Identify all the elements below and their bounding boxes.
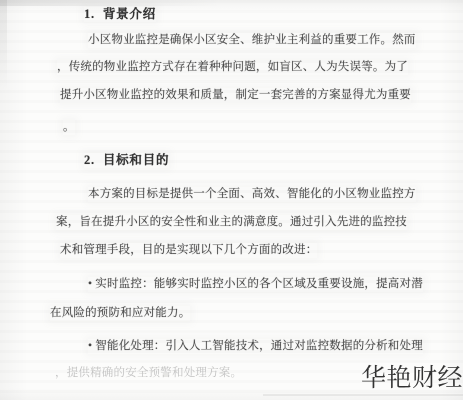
section-2-heading: 2. 目标和目的 bbox=[84, 153, 169, 168]
paragraph-1-line-3: 提升小区物业监控的效果和质量，制定一套完善的方案显得尤为重要 bbox=[60, 88, 411, 103]
paragraph-2-line-2: 案，旨在提升小区的安全性和业主的满意度。通过引入先进的监控技 bbox=[56, 215, 407, 230]
paragraph-1-line-2: ，传统的物业监控方式存在着种种问题，如盲区、人为失误等。为了 bbox=[57, 60, 408, 75]
paragraph-2-line-1: 本方案的目标是提供一个全面、高效、智能化的小区物业监控方 bbox=[88, 187, 416, 202]
watermark-text: 华艳财经 bbox=[361, 363, 463, 393]
bullet-2-line-2-faded: ，提供精确的安全预警和处理方案。 bbox=[55, 366, 242, 381]
paragraph-1-line-4: 。 bbox=[63, 120, 75, 135]
paragraph-1-line-1: 小区物业监控是确保小区安全、维护业主利益的重要工作。然而 bbox=[88, 33, 416, 48]
bullet-2-line-1: • 智能化处理：引入人工智能技术，通过对监控数据的分析和处理 bbox=[88, 339, 423, 354]
bullet-1-line-2: 在风险的预防和应对能力。 bbox=[50, 306, 190, 321]
document-page: 1. 背景介绍 小区物业监控是确保小区安全、维护业主利益的重要工作。然而 ，传统… bbox=[0, 0, 463, 400]
scan-artifact-bottom bbox=[263, 394, 463, 396]
scan-artifact-top bbox=[0, 0, 220, 6]
bullet-1-line-1: • 实时监控：能够实时监控小区的各个区域及重要设施，提高对潜 bbox=[88, 277, 423, 292]
paragraph-2-line-3: 术和管理手段，目的是实现以下几个方面的改进： bbox=[60, 243, 317, 258]
section-1-heading: 1. 背景介绍 bbox=[84, 7, 156, 22]
scan-artifact-left bbox=[0, 0, 7, 90]
